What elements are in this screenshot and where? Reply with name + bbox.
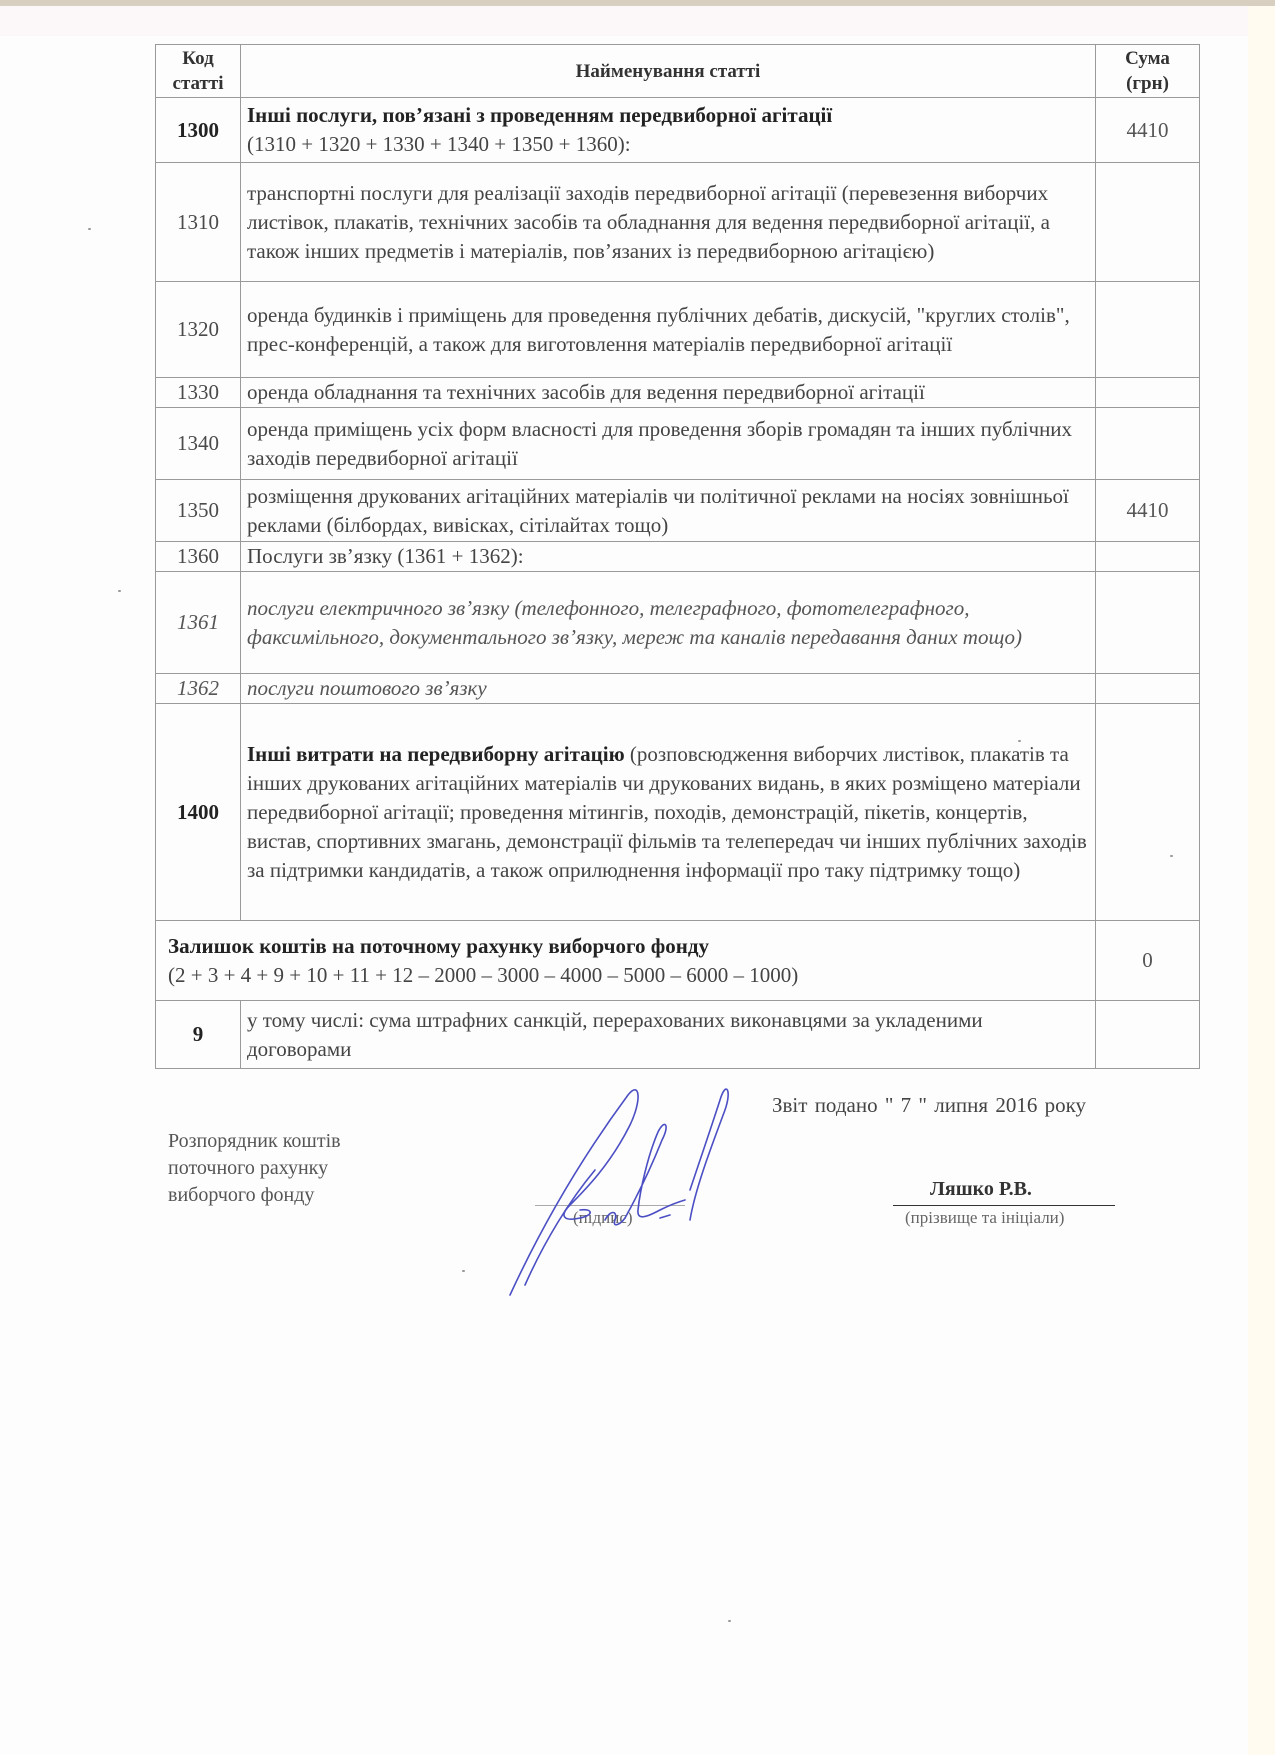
row-name-bold: Інші витрати на передвиборну агітацію [247, 742, 625, 766]
row-code: 1400 [156, 704, 241, 921]
row-code: 1320 [156, 282, 241, 378]
header-name: Найменування статті [241, 45, 1096, 98]
row-name: послуги поштового зв’язку [241, 674, 1096, 704]
row-code: 1300 [156, 98, 241, 163]
row-name: транспортні послуги для реалізації заход… [241, 163, 1096, 282]
row-name: Інші послуги, пов’язані з проведенням пе… [241, 98, 1096, 163]
table-row-1310: 1310 транспортні послуги для реалізації … [156, 163, 1200, 282]
row-sum [1096, 163, 1200, 282]
table-row-1350: 1350 розміщення друкованих агітаційних м… [156, 480, 1200, 542]
row-code: 1350 [156, 480, 241, 542]
row-name: оренда обладнання та технічних засобів д… [241, 378, 1096, 408]
row-sum [1096, 572, 1200, 674]
balance-title: Залишок коштів на поточному рахунку вибо… [168, 934, 709, 958]
table-row-1400: 1400 Інші витрати на передвиборну агітац… [156, 704, 1200, 921]
signer-role-line: Розпорядник коштів [168, 1128, 341, 1155]
signer-role-line: поточного рахунку [168, 1155, 341, 1182]
table-header-row: Код статті Найменування статті Сума (грн… [156, 45, 1200, 98]
scan-speck [1018, 740, 1021, 742]
row-code: 1310 [156, 163, 241, 282]
table-row-balance: Залишок коштів на поточному рахунку вибо… [156, 921, 1200, 1001]
row-code: 1330 [156, 378, 241, 408]
row-name: Послуги зв’язку (1361 + 1362): [241, 542, 1096, 572]
table-row-1320: 1320 оренда будинків і приміщень для про… [156, 282, 1200, 378]
row-name: Інші витрати на передвиборну агітацію (р… [241, 704, 1096, 921]
row-code: 1361 [156, 572, 241, 674]
scan-speck [118, 590, 121, 592]
scan-speck [88, 228, 91, 230]
row-sum [1096, 282, 1200, 378]
name-caption: (прізвище та ініціали) [905, 1208, 1064, 1228]
row-name: оренда будинків і приміщень для проведен… [241, 282, 1096, 378]
row-name-bold: Інші послуги, пов’язані з проведенням пе… [247, 103, 832, 127]
header-sum: Сума (грн) [1096, 45, 1200, 98]
row-sum: 4410 [1096, 480, 1200, 542]
row-sum [1096, 1001, 1200, 1069]
row-sum [1096, 674, 1200, 704]
expense-report-table: Код статті Найменування статті Сума (грн… [155, 44, 1200, 1069]
balance-label: Залишок коштів на поточному рахунку вибо… [156, 921, 1096, 1001]
row-code: 9 [156, 1001, 241, 1069]
row-name: оренда приміщень усіх форм власності для… [241, 408, 1096, 480]
row-sum: 4410 [1096, 98, 1200, 163]
handwritten-signature-icon [500, 1070, 730, 1300]
signer-role-line: виборчого фонду [168, 1182, 341, 1209]
table-row-1330: 1330 оренда обладнання та технічних засо… [156, 378, 1200, 408]
row-name-formula: (1310 + 1320 + 1330 + 1340 + 1350 + 1360… [247, 132, 631, 156]
scan-right-edge [1248, 6, 1275, 1755]
table-row-1360: 1360 Послуги зв’язку (1361 + 1362): [156, 542, 1200, 572]
row-code: 1340 [156, 408, 241, 480]
row-code: 1360 [156, 542, 241, 572]
scan-speck [462, 1270, 465, 1272]
row-sum [1096, 378, 1200, 408]
person-name: Ляшко Р.В. [930, 1178, 1032, 1201]
table-row-1300: 1300 Інші послуги, пов’язані з проведенн… [156, 98, 1200, 163]
table-row-1340: 1340 оренда приміщень усіх форм власност… [156, 408, 1200, 480]
row-code: 1362 [156, 674, 241, 704]
row-sum [1096, 542, 1200, 572]
balance-sum: 0 [1096, 921, 1200, 1001]
header-code: Код статті [156, 45, 241, 98]
table-row-1362: 1362 послуги поштового зв’язку [156, 674, 1200, 704]
scan-speck [1170, 855, 1173, 857]
row-sum [1096, 704, 1200, 921]
name-underline [893, 1205, 1115, 1206]
scan-tint [0, 6, 1275, 36]
scan-speck [728, 1620, 731, 1622]
balance-formula: (2 + 3 + 4 + 9 + 10 + 11 + 12 – 2000 – 3… [168, 963, 798, 987]
table-row-1361: 1361 послуги електричного зв’язку (телеф… [156, 572, 1200, 674]
signer-role: Розпорядник коштів поточного рахунку виб… [168, 1128, 341, 1209]
row-name: послуги електричного зв’язку (телефонног… [241, 572, 1096, 674]
row-name: розміщення друкованих агітаційних матері… [241, 480, 1096, 542]
table-row-penalty: 9 у тому числі: сума штрафних санкцій, п… [156, 1001, 1200, 1069]
row-name: у тому числі: сума штрафних санкцій, пер… [241, 1001, 1096, 1069]
report-date: Звіт подано " 7 " липня 2016 року [772, 1093, 1086, 1118]
row-sum [1096, 408, 1200, 480]
